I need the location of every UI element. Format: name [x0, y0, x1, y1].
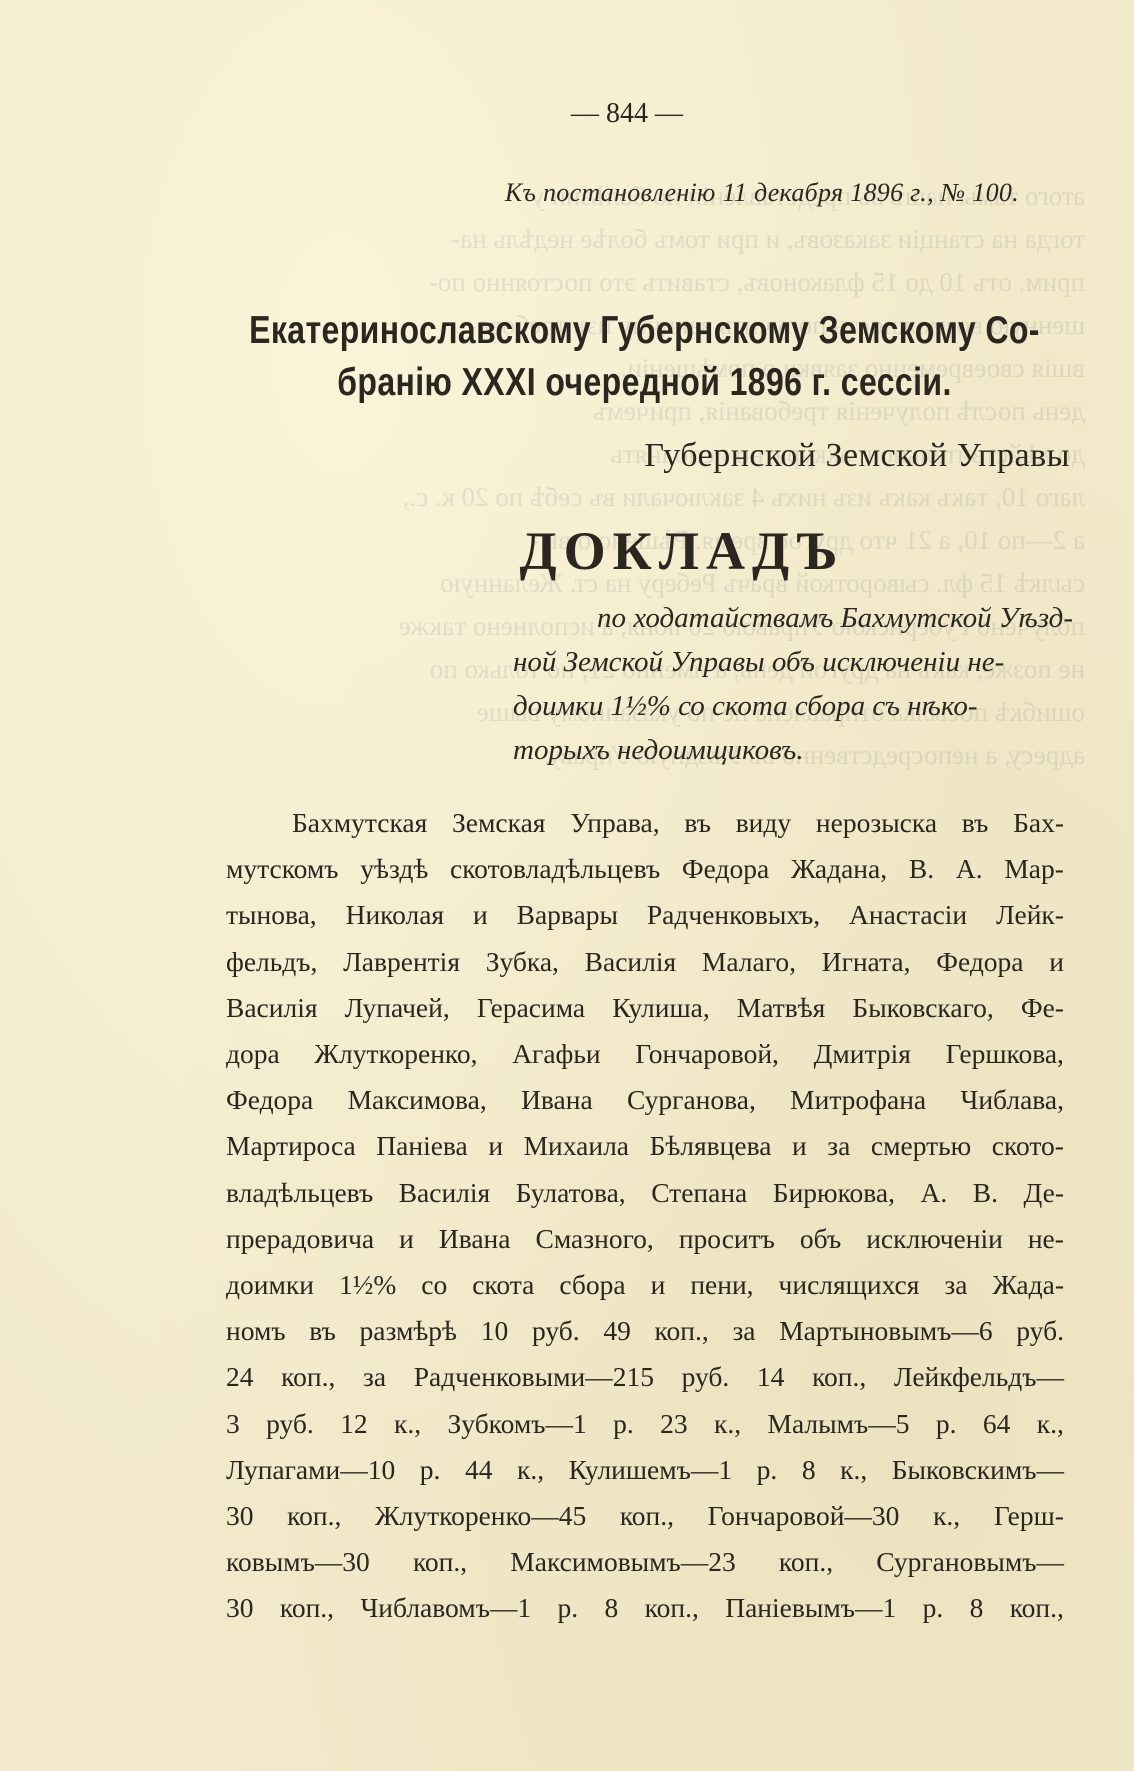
- report-subject: по ходатайствамъ Бахмутской Уѣзд- ной Зе…: [513, 596, 1073, 772]
- subject-line: торыхъ недоимщиковъ.: [513, 728, 1073, 772]
- body-line: БахмутскаяЗемскаяУправа,въвидунерозыскав…: [226, 800, 1064, 846]
- body-line: Лупагами—10р.44к.,Кулишемъ—1р.8к.,Быковс…: [226, 1447, 1064, 1493]
- addressee-line-2: бранію XXXI очередной 1896 г. сессіи.: [298, 357, 991, 409]
- body-line: 30коп.,Чиблавомъ—1р.8коп.,Паніевымъ—1р.8…: [226, 1585, 1064, 1631]
- body-paragraph: БахмутскаяЗемскаяУправа,въвидунерозыскав…: [226, 800, 1064, 1632]
- addressee-heading: Екатеринославскому Губернскому Земскому …: [298, 305, 991, 409]
- issuer-line: Губернской Земской Управы: [644, 437, 1070, 475]
- body-line: 30коп.,Жлуткоренко—45коп.,Гончаровой—30к…: [226, 1493, 1064, 1539]
- body-line: мутскомъуѣздѣскотовладѣльцевъФедораЖадан…: [226, 846, 1064, 892]
- body-line: прерадовичаиИванаСмазного,проситъобъискл…: [226, 1216, 1064, 1262]
- addressee-line-1: Екатеринославскому Губернскому Земскому …: [220, 305, 1069, 357]
- body-line: номъвъразмѣрѣ10руб.49коп.,заМартыновымъ—…: [226, 1308, 1064, 1354]
- body-line: владѣльцевъВасиліяБулатова,СтепанаБирюко…: [226, 1170, 1064, 1216]
- page-number: — 844 —: [0, 98, 1134, 130]
- subject-line: ной Земской Управы объ исключеніи не-: [513, 640, 1073, 684]
- body-line: 24коп.,заРадченковыми—215руб.14коп.,Лейк…: [226, 1354, 1064, 1400]
- body-line: фельдъ,ЛаврентіяЗубка,ВасиліяМалаго,Игна…: [226, 939, 1064, 985]
- resolution-reference: Къ постановленію 11 декабря 1896 г., № 1…: [505, 178, 1019, 208]
- body-line: ВасиліяЛупачей,ГерасимаКулиша,МатвѣяБыко…: [226, 985, 1064, 1031]
- body-line: 3руб.12к.,Зубкомъ—1р.23к.,Малымъ—5р.64к.…: [226, 1401, 1064, 1447]
- body-line: ФедораМаксимова,ИванаСурганова,Митрофана…: [226, 1077, 1064, 1123]
- body-line: дораЖлуткоренко,АгафьиГончаровой,Дмитрія…: [226, 1031, 1064, 1077]
- body-line: доимки1½%соскотасбораипени,числящихсязаЖ…: [226, 1262, 1064, 1308]
- document-title: ДОКЛАДЪ: [0, 520, 1134, 582]
- subject-line: по ходатайствамъ Бахмутской Уѣзд-: [513, 596, 1073, 640]
- subject-line: доимки 1½% со скота сбора съ нѣко-: [513, 684, 1073, 728]
- body-line: МартиросаПаніеваиМихаилаБѣлявцеваизасмер…: [226, 1123, 1064, 1169]
- body-line: тынова,НиколаяиВарварыРадченковыхъ,Анаст…: [226, 892, 1064, 938]
- document-page: атого тамы нашъ въ представленіи по болѣ…: [0, 0, 1134, 1771]
- body-line: ковымъ—30коп.,Максимовымъ—23коп.,Сургано…: [226, 1539, 1064, 1585]
